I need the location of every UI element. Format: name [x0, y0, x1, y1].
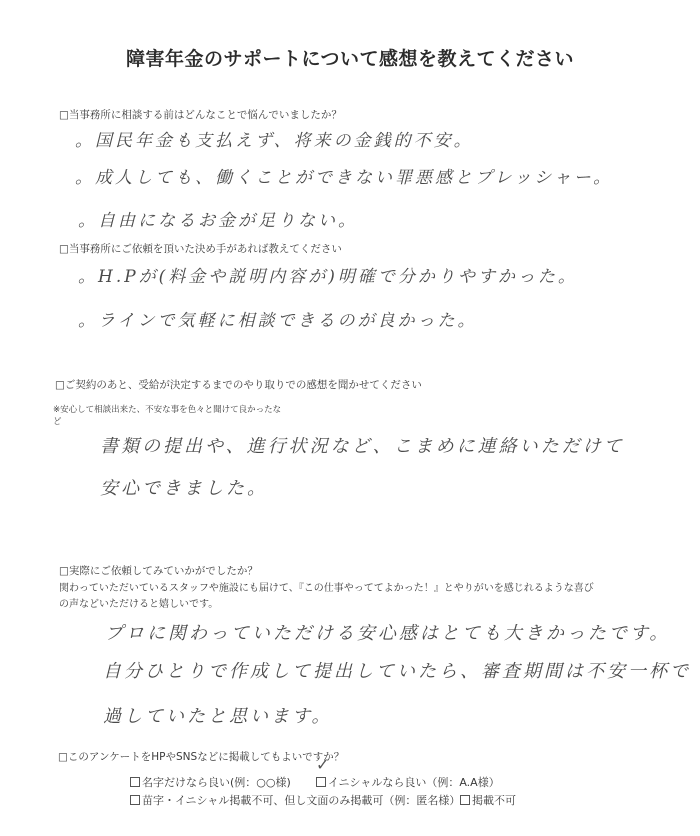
question-worries: □当事務所に相談する前はどんなことで悩んでいましたか？	[59, 107, 342, 122]
answer-decision-1: 。H.Pが(料金や説明内容が)明確で分かりやすかった。	[78, 262, 578, 287]
answer-worries-1: 。国民年金も支払えず、将来の金銭的不安。	[75, 126, 474, 151]
checkbox-no-publish[interactable]	[460, 795, 470, 805]
answer-process-2: 安心できました。	[100, 474, 268, 500]
option-surname-only-label: 名字だけなら良い(例：○○様)	[142, 776, 291, 789]
checkbox-text-only[interactable]	[130, 795, 140, 805]
option-no-publish-label: 掲載不可	[472, 794, 516, 807]
answer-decision-2: 。ラインで気軽に相談できるのが良かった。	[78, 306, 478, 331]
option-text-only[interactable]: 苗字・イニシャル掲載不可、但し文面のみ掲載可（例：匿名様）	[130, 792, 460, 808]
question-decision: □当事務所にご依頼を頂いた決め手があれば教えてください	[59, 241, 342, 256]
answer-worries-3: 。自由になるお金が足りない。	[78, 206, 358, 231]
question-process-note-2: ど	[53, 416, 62, 428]
answer-experience-3: 過していたと思います。	[103, 702, 333, 728]
answer-experience-2: 自分ひとりで作成して提出していたら、審査期間は不安一杯で	[103, 657, 691, 683]
question-process-note-1: ※安心して相談出来た、不安な事を色々と聞けて良かったな	[53, 404, 281, 416]
page-title: 障害年金のサポートについて感想を教えてください	[0, 44, 700, 71]
answer-worries-2: 。成人しても、働くことができない罪悪感とプレッシャー。	[75, 163, 613, 188]
question-experience: □実際にご依頼してみていかがでしたか？	[59, 563, 258, 578]
answer-experience-1: プロに関わっていただける安心感はとても大きかったです。	[105, 619, 670, 645]
option-initials[interactable]: イニシャルなら良い（例：A.A様）	[316, 774, 500, 790]
option-no-publish[interactable]: 掲載不可	[460, 792, 516, 808]
question-experience-note-2: の声などいただけると嬉しいです。	[59, 595, 218, 610]
checkbox-surname-only[interactable]	[130, 777, 140, 787]
question-experience-note-1: 関わっていただいているスタッフや施設にも届けて、『この仕事やっててよかった！』と…	[59, 579, 594, 594]
option-surname-only[interactable]: 名字だけなら良い(例：○○様)	[130, 774, 291, 790]
question-process: □ご契約のあと、受給が決定するまでのやり取りでの感想を聞かせてください	[55, 377, 422, 392]
answer-process-1: 書類の提出や、進行状況など、こまめに連絡いただけて	[100, 432, 625, 458]
check-mark-icon: ✓	[316, 755, 329, 774]
checkbox-initials[interactable]	[316, 777, 326, 787]
question-publish: □このアンケートをHPやSNSなどに掲載してもよいですか？	[58, 749, 344, 764]
option-initials-label: イニシャルなら良い（例：A.A様）	[328, 776, 500, 789]
option-text-only-label: 苗字・イニシャル掲載不可、但し文面のみ掲載可（例：匿名様）	[142, 794, 460, 807]
